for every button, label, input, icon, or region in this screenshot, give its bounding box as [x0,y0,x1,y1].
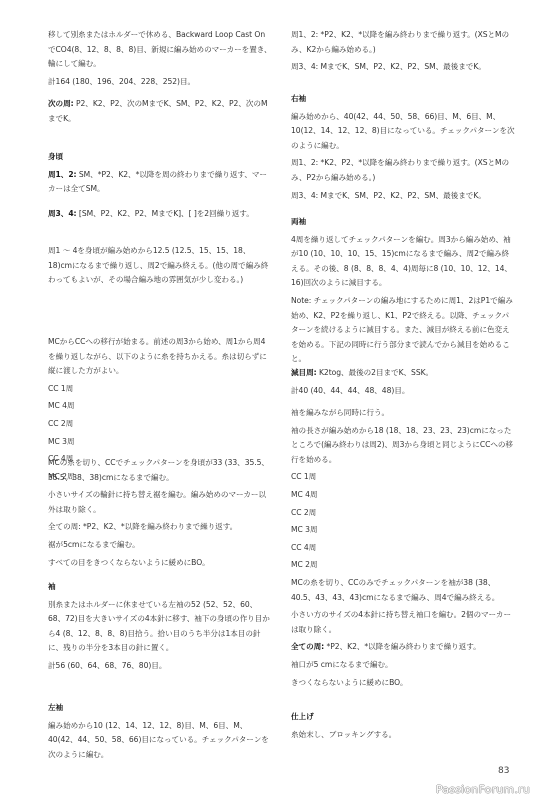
body-after-2: 小さいサイズの輪針に持ち替え裾を編む。編み始めのマーカー以外は取り除く。 [48,488,272,517]
stripe-item: CC 2周 [291,506,515,521]
body-transition: MCからCCへの移行が始まる。前述の周3から始め、周1から周4を繰り返しながら、… [48,335,272,379]
simultaneous-1: 袖を編みながら同時に行う。 [291,406,515,421]
next-round-text: P2、K2、P2、次のMまでK、SM、P2、K2、P2、次のMまでK。 [48,99,267,123]
stripe-item: MC 2周 [291,558,515,573]
round-label: 周3、4: [48,209,77,218]
cuff-end-1: 袖口が5 cmになるまで編む。 [291,658,515,673]
round-text: K2tog、最後の2目までK、SSK。 [317,368,433,377]
section-heading-sleeves: 袖 [48,580,272,595]
section-heading-body: 身頃 [48,150,272,165]
body-round-1-2: 周1、2: SM、*P2、K2、*以降を周の終わりまで繰り返す、マーカーは全てS… [48,168,272,197]
next-round-label: 次の周: [48,99,74,108]
right-sleeve-text: 編み始めから、40(42、44、50、58、66)目、M、6目、M、10(12、… [291,110,515,154]
section-heading-left-sleeve: 左袖 [48,701,272,716]
page-number: 83 [498,766,509,776]
left-sleeve-round-3-4: 周3、4: MまでK、SM、P2、K2、P2、SM、最後までK。 [291,60,515,75]
left-sleeve-round-1-2: 周1、2: *P2、K2、*以降を編み終わりまで繰り返す。(XSとMのみ、K2か… [291,28,515,57]
finishing-text: 糸始末し、ブロッキングする。 [291,728,515,743]
left-sleeve-text: 編み始めから10 (12、14、12、12、8)目、M、6目、M、40(42、4… [48,719,272,763]
body-after-1: MCの糸を切り、CCでチェックパターンを身頃が33 (33、35.5、35.5、… [48,456,272,485]
round-text: [SM、P2、K2、P2、MまでK]、[ ]を2回繰り返す。 [77,209,254,218]
both-sleeves-note: Note: チェックパターンの編み地にするために周1、2はP1で編み始め、K2、… [291,294,515,367]
right-sleeve-round-1-2: 周1、2: *K2、P2、*以降を編み終わりまで繰り返す。(XSとMのみ、P2か… [291,156,515,185]
round-label: 周1、2: [48,170,77,179]
round-text: *P2、K2、*以降を編み終わりまで繰り返す。 [324,642,481,651]
sleeve-after-2: 小さい方のサイズの4本針に持ち替え袖口を編む。2個のマーカーは取り除く。 [291,608,515,637]
body-repeat-note: 周1 ～ 4を身頃が編み始めから12.5 (12.5、15、15、18、18)c… [48,244,272,288]
stripe-item: CC 1周 [291,470,515,485]
sleeve-after-1: MCの糸を切り、CCのみでチェックパターンを袖が38 (38、40.5、43、4… [291,576,515,605]
both-sleeves-text: 4周を繰り返してチェックパターンを編む。周3から編み始め、袖が10 (10、10… [291,233,515,291]
intro-paragraph: 移して別糸またはホルダーで休める、Backward Loop Cast OnでC… [48,28,272,72]
sleeves-total: 計56 (60、64、68、76、80)目。 [48,659,272,674]
sleeves-text: 別糸またはホルダーに休ませている左袖の52 (52、52、60、68、72)目を… [48,598,272,656]
stripe-item: MC 3周 [48,435,272,450]
stripe-item: CC 4周 [291,541,515,556]
simultaneous-2: 袖の長さが編み始めから18 (18、18、23、23、23)cmになったところで… [291,424,515,468]
stripe-item: MC 4周 [291,488,515,503]
right-sleeve-round-3-4: 周3、4: MまでK、SM、P2、K2、P2、SM、最後までK。 [291,189,515,204]
round-text: SM、*P2、K2、*以降を周の終わりまで繰り返す、マーカーは全てSM。 [48,170,267,194]
stripe-item: CC 1周 [48,382,272,397]
body-round-3-4: 周3、4: [SM、P2、K2、P2、MまでK]、[ ]を2回繰り返す。 [48,207,272,222]
round-label: 減目周: [291,368,317,377]
watermark: PassionForum.ru [436,783,530,796]
decrease-round: 減目周: K2tog、最後の2目までK、SSK。 [291,366,515,381]
stripe-item: MC 3周 [291,523,515,538]
section-heading-finishing: 仕上げ [291,710,515,725]
next-round-instruction: 次の周: P2、K2、P2、次のMまでK、SM、P2、K2、P2、次のMまでK。 [48,97,272,126]
cuff-all-rounds: 全ての周: *P2、K2、*以降を編み終わりまで繰り返す。 [291,640,515,655]
section-heading-right-sleeve: 右袖 [291,92,515,107]
body-after-4: 裾が5cmになるまで編む。 [48,538,272,553]
decrease-total: 計40 (40、44、44、48、48)目。 [291,384,515,399]
round-label: 全ての周: [291,642,324,651]
body-after-5: すべての目をきつくならないように緩めにBO。 [48,556,272,571]
stripe-item: MC 4周 [48,399,272,414]
cuff-end-2: きつくならないように緩めにBO。 [291,676,515,691]
stripe-item: CC 2周 [48,417,272,432]
section-heading-both-sleeves: 両袖 [291,215,515,230]
body-after-3: 全ての周: *P2、K2、*以降を編み終わりまで繰り返す。 [48,520,272,535]
intro-total: 計164 (180、196、204、228、252)目。 [48,75,272,90]
